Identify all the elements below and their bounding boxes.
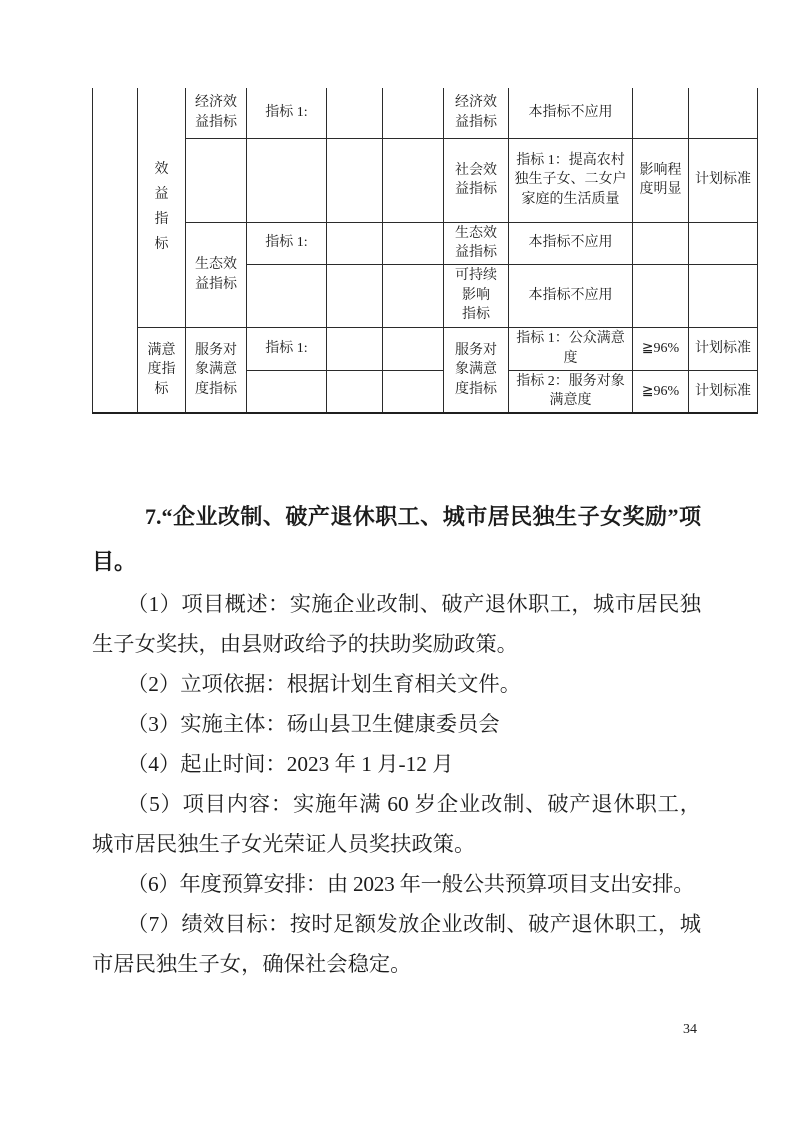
empty-cell bbox=[633, 264, 689, 327]
empty-cell bbox=[383, 370, 444, 413]
paragraph-budget: （6）年度预算安排：由 2023 年一般公共预算项目支出安排。 bbox=[92, 864, 701, 904]
paragraph-goal: （7）绩效目标：按时足额发放企业改制、破产退休职工，城市居民独生子女，确保社会稳… bbox=[92, 904, 701, 984]
impact-degree-cell: 影响程 度明显 bbox=[633, 138, 689, 222]
empty-cell bbox=[689, 222, 758, 264]
service-satisfaction-sub-label: 服务对 象满意 度指标 bbox=[186, 327, 247, 413]
paragraph-implementer: （3）实施主体：砀山县卫生健康委员会 bbox=[92, 704, 701, 744]
sustainable-impact-label: 可持续 影响 指标 bbox=[444, 264, 509, 327]
standard-cell: 计划标准 bbox=[689, 327, 758, 370]
indicator1-prefix-row3: 指标 1: bbox=[247, 222, 327, 264]
service-satisfaction-content-cell: 指标 2：服务对象满意度 bbox=[509, 370, 633, 413]
right-economic-benefit-label: 经济效 益指标 bbox=[444, 88, 509, 138]
empty-cell bbox=[247, 138, 327, 222]
right-service-satisfaction-label: 服务对 象满意 度指标 bbox=[444, 327, 509, 413]
empty-cell bbox=[327, 264, 383, 327]
section-text-block: 7.“企业改制、破产退休职工、城市居民独生子女奖励”项目。 （1）项目概述：实施… bbox=[92, 494, 701, 984]
indicator1-prefix-row5: 指标 1: bbox=[247, 327, 327, 370]
empty-cell bbox=[327, 222, 383, 264]
table-container: 效 益 指 标 经济效 益指标 指标 1: 经济效 益指标 本指标不应用 社会效… bbox=[92, 88, 758, 414]
empty-cell bbox=[327, 138, 383, 222]
paragraph-duration: （4）起止时间：2023 年 1 月-12 月 bbox=[92, 744, 701, 784]
right-social-benefit-label: 社会效 益指标 bbox=[444, 138, 509, 222]
empty-cell bbox=[247, 370, 327, 413]
performance-indicator-table: 效 益 指 标 经济效 益指标 指标 1: 经济效 益指标 本指标不应用 社会效… bbox=[92, 88, 758, 414]
paragraph-content: （5）项目内容：实施年满 60 岁企业改制、破产退休职工，城市居民独生子女光荣证… bbox=[92, 784, 701, 864]
economic-benefit-sub-label: 经济效 益指标 bbox=[186, 88, 247, 138]
benefit-indicator-group-label: 效 益 指 标 bbox=[138, 88, 186, 327]
empty-cell bbox=[633, 222, 689, 264]
document-page: 效 益 指 标 经济效 益指标 指标 1: 经济效 益指标 本指标不应用 社会效… bbox=[0, 0, 793, 1122]
public-satisfaction-content-cell: 指标 1：公众满意度 bbox=[509, 327, 633, 370]
paragraph-basis: （2）立项依据：根据计划生育相关文件。 bbox=[92, 664, 701, 704]
empty-cell bbox=[689, 264, 758, 327]
page-number: 34 bbox=[683, 1022, 697, 1038]
right-ecological-benefit-label: 生态效 益指标 bbox=[444, 222, 509, 264]
empty-cell bbox=[327, 370, 383, 413]
social-content-cell: 指标 1：提高农村独生子女、二女户家庭的生活质量 bbox=[509, 138, 633, 222]
empty-cell bbox=[247, 264, 327, 327]
empty-cell bbox=[327, 327, 383, 370]
empty-cell bbox=[383, 138, 444, 222]
satisfaction-value-cell: ≧96% bbox=[633, 370, 689, 413]
ecological-benefit-sub-label: 生态效 益指标 bbox=[186, 222, 247, 327]
ecological-content-cell: 本指标不应用 bbox=[509, 222, 633, 264]
empty-cell bbox=[327, 88, 383, 138]
section-heading: 7.“企业改制、破产退休职工、城市居民独生子女奖励”项目。 bbox=[92, 494, 701, 584]
satisfaction-value-cell: ≧96% bbox=[633, 327, 689, 370]
empty-cell bbox=[689, 88, 758, 138]
satisfaction-indicator-group-label: 满意 度指 标 bbox=[138, 327, 186, 413]
empty-cell bbox=[383, 222, 444, 264]
empty-cell bbox=[383, 264, 444, 327]
empty-cell-left-col bbox=[93, 88, 138, 413]
sustainable-content-cell: 本指标不应用 bbox=[509, 264, 633, 327]
economic-content-cell: 本指标不应用 bbox=[509, 88, 633, 138]
empty-cell bbox=[383, 88, 444, 138]
empty-cell bbox=[633, 88, 689, 138]
empty-cell bbox=[383, 327, 444, 370]
standard-cell: 计划标准 bbox=[689, 370, 758, 413]
paragraph-overview: （1）项目概述：实施企业改制、破产退休职工，城市居民独生子女奖扶，由县财政给予的… bbox=[92, 584, 701, 664]
standard-cell: 计划标准 bbox=[689, 138, 758, 222]
indicator1-prefix-row1: 指标 1: bbox=[247, 88, 327, 138]
empty-cell bbox=[186, 138, 247, 222]
